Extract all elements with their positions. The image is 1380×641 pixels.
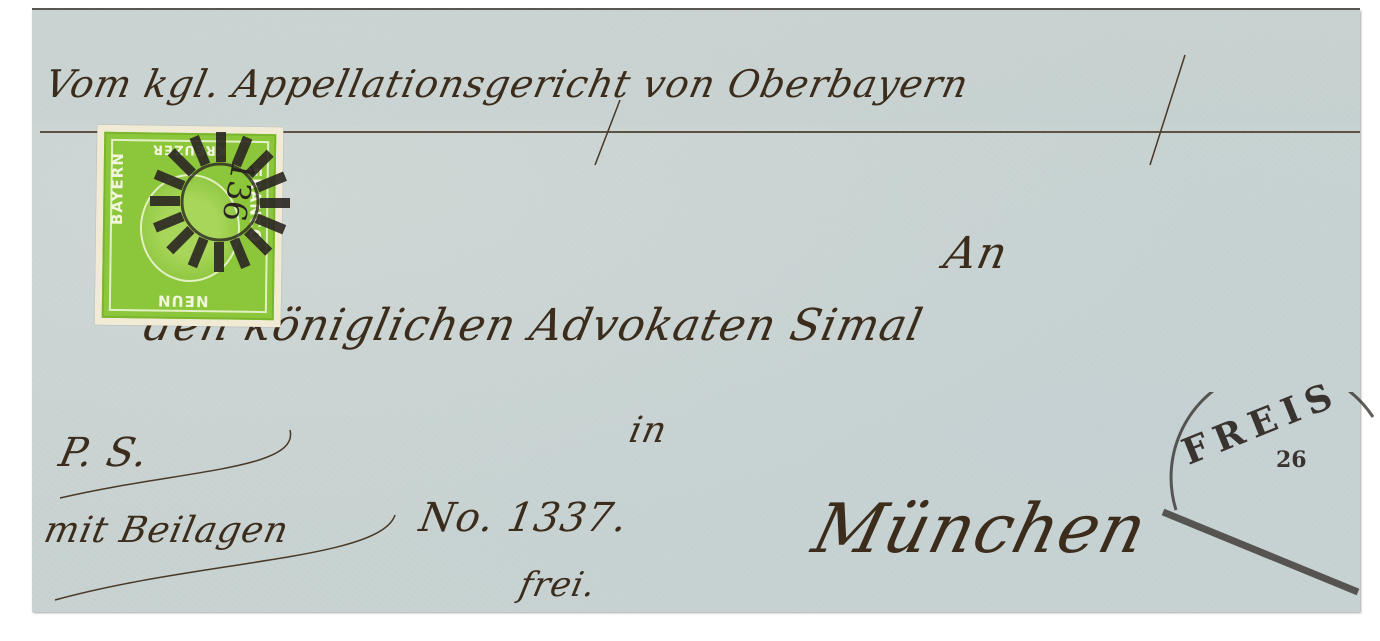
stamp-value-word: NEUN (157, 292, 209, 311)
stamp-country: BAYERN (108, 152, 127, 225)
postmark-day: 26 (1276, 447, 1307, 473)
